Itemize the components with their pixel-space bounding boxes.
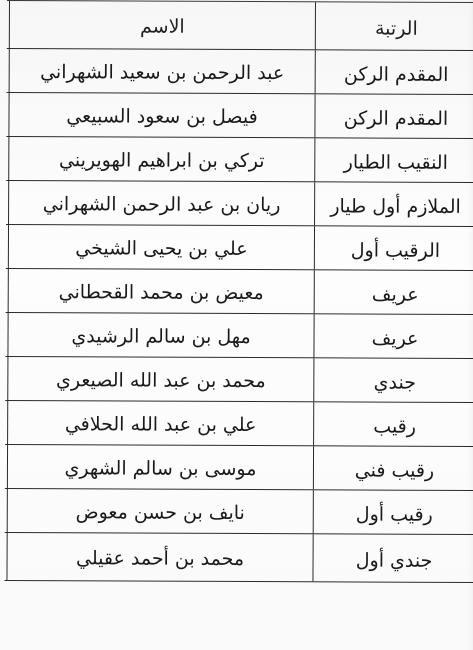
name-cell: معيض بن محمد القحطاني <box>8 269 314 313</box>
table-row: عريف مهل بن سالم الرشيدي <box>5 312 473 358</box>
header-name: الاسم <box>9 1 315 49</box>
scanned-document-page: الرتبة الاسم المقدم الركن عبد الرحمن بن … <box>0 0 473 650</box>
rank-cell: المقدم الركن <box>315 50 473 94</box>
name-cell: ريان بن عبد الرحمن الشهراني <box>8 181 314 225</box>
name-cell: محمد بن عبد الله الصيعري <box>7 357 313 401</box>
name-cell: محمد بن أحمد عقيلي <box>6 533 312 581</box>
rank-cell: جندي <box>313 358 473 402</box>
rank-cell: المقدم الركن <box>314 94 473 138</box>
name-cell: موسى بن سالم الشهري <box>7 445 313 489</box>
table-row: رقيب فني موسى بن سالم الشهري <box>5 444 473 490</box>
rank-cell: عريف <box>313 314 473 358</box>
table-row: رقيب علي بن عبد الله الحلافي <box>5 400 473 446</box>
personnel-table: الرتبة الاسم المقدم الركن عبد الرحمن بن … <box>4 0 473 583</box>
name-cell: عبد الرحمن بن سعيد الشهراني <box>9 49 315 93</box>
rank-cell: رقيب أول <box>313 490 473 534</box>
paper-edge-shading <box>467 0 473 650</box>
rank-cell: رقيب فني <box>313 446 473 490</box>
table-row: النقيب الطيار تركي بن ابراهيم الهويريني <box>6 136 473 182</box>
table-row: رقيب أول نايف بن حسن معوض <box>5 488 473 534</box>
name-cell: علي بن عبد الله الحلافي <box>7 401 313 445</box>
name-cell: فيصل بن سعود السبيعي <box>8 93 314 137</box>
rank-cell: جندي أول <box>312 534 473 582</box>
name-cell: تركي بن ابراهيم الهويريني <box>8 137 314 181</box>
name-cell: علي بن يحيى الشيخي <box>8 225 314 269</box>
table-row: جندي محمد بن عبد الله الصيعري <box>5 356 473 402</box>
name-cell: مهل بن سالم الرشيدي <box>7 313 313 357</box>
rank-cell: عريف <box>314 270 473 314</box>
table-row: جندي أول محمد بن أحمد عقيلي <box>4 532 473 583</box>
table-row: عريف معيض بن محمد القحطاني <box>6 268 473 314</box>
name-cell: نايف بن حسن معوض <box>7 489 313 533</box>
table-row: المقدم الركن فيصل بن سعود السبيعي <box>6 92 473 138</box>
rank-cell: الرقيب أول <box>314 226 473 270</box>
table-row: الملازم أول طيار ريان بن عبد الرحمن الشه… <box>6 180 473 226</box>
table-row: الرقيب أول علي بن يحيى الشيخي <box>6 224 473 270</box>
table-header-row: الرتبة الاسم <box>7 0 473 50</box>
table-row: المقدم الركن عبد الرحمن بن سعيد الشهراني <box>7 48 473 94</box>
header-rank: الرتبة <box>315 2 473 50</box>
rank-cell: النقيب الطيار <box>314 138 473 182</box>
rank-cell: رقيب <box>313 402 473 446</box>
rank-cell: الملازم أول طيار <box>314 182 473 226</box>
